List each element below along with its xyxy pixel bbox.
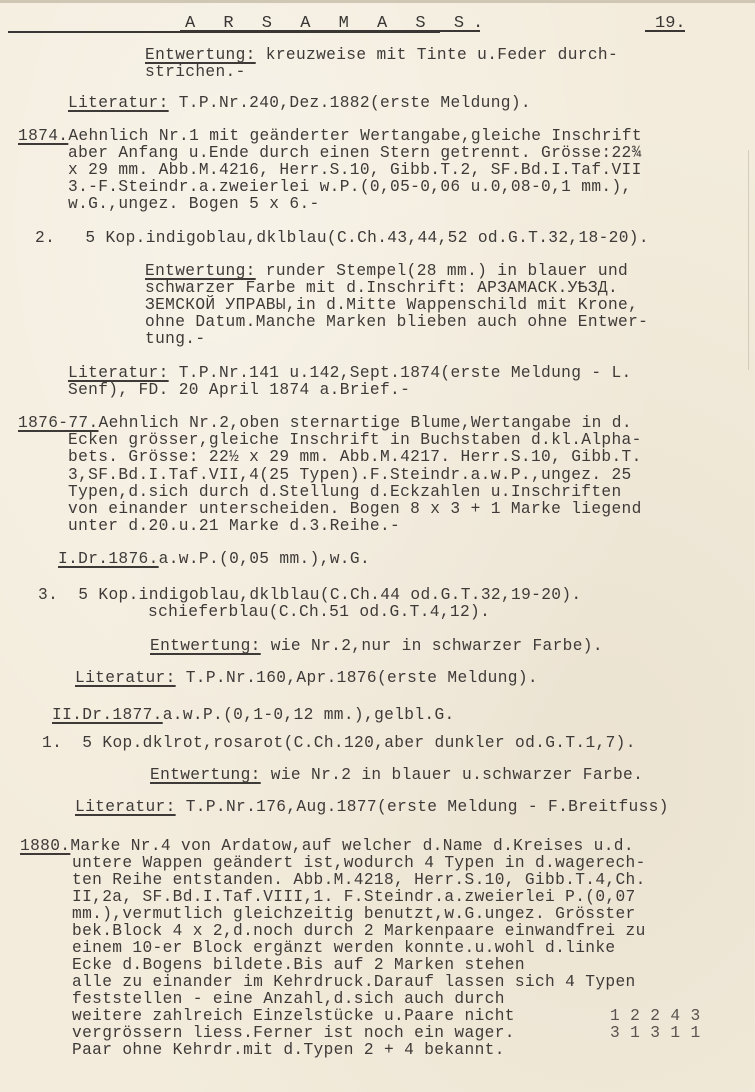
entwertung-block: Entwertung: wie Nr.2,nur in schwarzer Fa… [150,638,603,654]
text-line: ЗЕМСКОЙ УПРАВЫ,in d.Mitte Wappenschild m… [145,297,638,313]
text-line: schwarzer Farbe mit d.Inschrift: АРЗАМАС… [145,280,618,296]
text-line: 3.-F.Steindr.a.zweierlei w.P.(0,05-0,06 … [68,179,632,195]
text-line: w.G.,ungez. Bogen 5 x 6.- [68,196,320,212]
text-line: strichen.- [145,64,246,80]
entwertung-block: Entwertung: kreuzweise mit Tinte u.Feder… [145,47,618,63]
text-line: Paar ohne Kehrdr.mit d.Typen 2 + 4 bekan… [72,1042,505,1058]
text-line: Ecken grösser,gleiche Inschrift in Buchs… [68,432,642,448]
literatur-block: Literatur: T.P.Nr.240,Dez.1882(erste Mel… [68,95,531,111]
type-grid-row-2: 3 1 3 1 1 [610,1025,701,1041]
text-line: einem 10-er Block ergänzt werden konnte.… [72,940,615,956]
text-line: ten Reihe entstanden. Abb.M.4218, Herr.S… [72,872,646,888]
text-line: untere Wappen geändert ist,wodurch 4 Typ… [72,855,646,871]
text-line: alle zu einander im Kehrdruck.Darauf las… [72,974,636,990]
document-page: A R S A M A S S. 19. Entwertung: kreuzwe… [0,0,755,1092]
text-line: unter d.20.u.21 Marke d.3.Reihe.- [68,518,400,534]
text-line: Senf), FD. 20 April 1874 a.Brief.- [68,382,410,398]
text-line: weitere zahlreich Einzelstücke u.Paare n… [72,1008,515,1024]
page-edge [0,0,755,3]
issue-1876-77: 1876-77.Aehnlich Nr.2,oben sternartige B… [18,415,632,431]
type-grid-row-1: 1 2 2 4 3 [610,1008,701,1024]
literatur-block: Literatur: T.P.Nr.160,Apr.1876(erste Mel… [75,670,538,686]
text-line: schieferblau(C.Ch.51 od.G.T.4,12). [148,604,490,620]
issue-1874: 1874.Aehnlich Nr.1 mit geänderter Wertan… [18,128,642,144]
header-rule-title [180,30,480,32]
entwertung-block: Entwertung: runder Stempel(28 mm.) in bl… [145,263,628,279]
paper-fold [748,150,749,370]
druck-1877: II.Dr.1877.a.w.P.(0,1-0,12 mm.),gelbl.G. [52,707,455,723]
stamp-entry-3: 3. 5 Kop.indigoblau,dklblau(C.Ch.44 od.G… [38,587,582,603]
text-line: tung.- [145,331,205,347]
text-line: II,2a, SF.Bd.I.Taf.VIII,1. F.Steindr.a.z… [72,889,636,905]
text-line: bek.Block 4 x 2,d.noch durch 2 Markenpaa… [72,923,646,939]
text-line: ohne Datum.Manche Marken blieben auch oh… [145,314,648,330]
stamp-entry-2: 2. 5 Kop.indigoblau,dklblau(C.Ch.43,44,5… [35,230,649,246]
stamp-entry-4: 1. 5 Kop.dklrot,rosarot(C.Ch.120,aber du… [42,735,636,751]
text-line: Ecke d.Bogens bildete.Bis auf 2 Marken s… [72,957,525,973]
literatur-block: Literatur: T.P.Nr.176,Aug.1877(erste Mel… [75,799,669,815]
text-line: x 29 mm. Abb.M.4216, Herr.S.10, Gibb.T.2… [68,162,642,178]
druck-1876: I.Dr.1876.a.w.P.(0,05 mm.),w.G. [58,551,370,567]
text-line: von einander unterscheiden. Bogen 8 x 3 … [68,501,642,517]
text-line: aber Anfang u.Ende durch einen Stern get… [68,145,642,161]
issue-1880: 1880.Marke Nr.4 von Ardatow,auf welcher … [20,838,634,854]
text-line: 3,SF.Bd.I.Taf.VII,4(25 Typen).F.Steindr.… [68,467,632,483]
text-line: Typen,d.sich durch d.Stellung d.Eckzahle… [68,484,622,500]
text-line: mm.),vermutlich gleichzeitig benutzt,w.G… [72,906,636,922]
literatur-block: Literatur: T.P.Nr.141 u.142,Sept.1874(er… [68,365,632,381]
text-line: vergrössern liess.Ferner ist noch ein wa… [72,1025,515,1041]
text-line: feststellen - eine Anzahl,d.sich auch du… [72,991,505,1007]
text-line: bets. Grösse: 22½ x 29 mm. Abb.M.4217. H… [68,449,642,465]
entwertung-block: Entwertung: wie Nr.2 in blauer u.schwarz… [150,767,643,783]
header-rule-page [645,30,685,32]
